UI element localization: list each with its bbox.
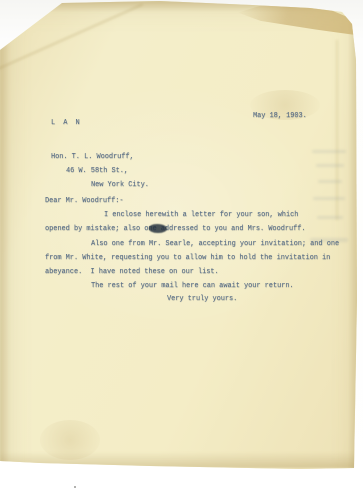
closing: Very truly yours.	[167, 296, 237, 303]
scanned-letter-page: May 18, 1903. L A N Hon. T. L. Woodruff,…	[0, 0, 363, 500]
recipient-street: 46 W. 58th St.,	[66, 168, 128, 175]
recipient-city: New York City.	[91, 182, 149, 189]
paper: May 18, 1903. L A N Hon. T. L. Woodruff,…	[0, 0, 363, 500]
ghost-mark	[316, 164, 344, 167]
body-line: The rest of your mail here can await you…	[91, 283, 294, 290]
paper-crease	[0, 4, 143, 75]
recipient-name: Hon. T. L. Woodruff,	[51, 154, 134, 161]
stenographer-initials: L A N	[51, 120, 82, 127]
ghost-mark	[318, 180, 342, 183]
scan-speck	[74, 486, 76, 488]
body-line: Also one from Mr. Searle, accepting your…	[91, 241, 339, 248]
ghost-mark	[312, 150, 346, 153]
ghost-mark	[317, 216, 343, 219]
ghost-mark	[313, 197, 345, 200]
paper-stain	[40, 420, 100, 460]
body-line: from Mr. White, requesting you to allow …	[45, 255, 330, 262]
body-line: opened by mistake; also one addressed to…	[45, 226, 306, 233]
body-line: I enclose herewith a letter for your son…	[104, 212, 298, 219]
salutation: Dear Mr. Woodruff:-	[45, 198, 124, 205]
paper-crease	[336, 40, 338, 220]
ink-smudge	[149, 224, 167, 233]
paper-left-edge-shading	[0, 0, 10, 470]
date-line: May 18, 1903.	[253, 113, 307, 120]
paper-right-edge-shading	[348, 0, 360, 470]
body-line: abeyance. I have noted these on our list…	[45, 269, 219, 276]
